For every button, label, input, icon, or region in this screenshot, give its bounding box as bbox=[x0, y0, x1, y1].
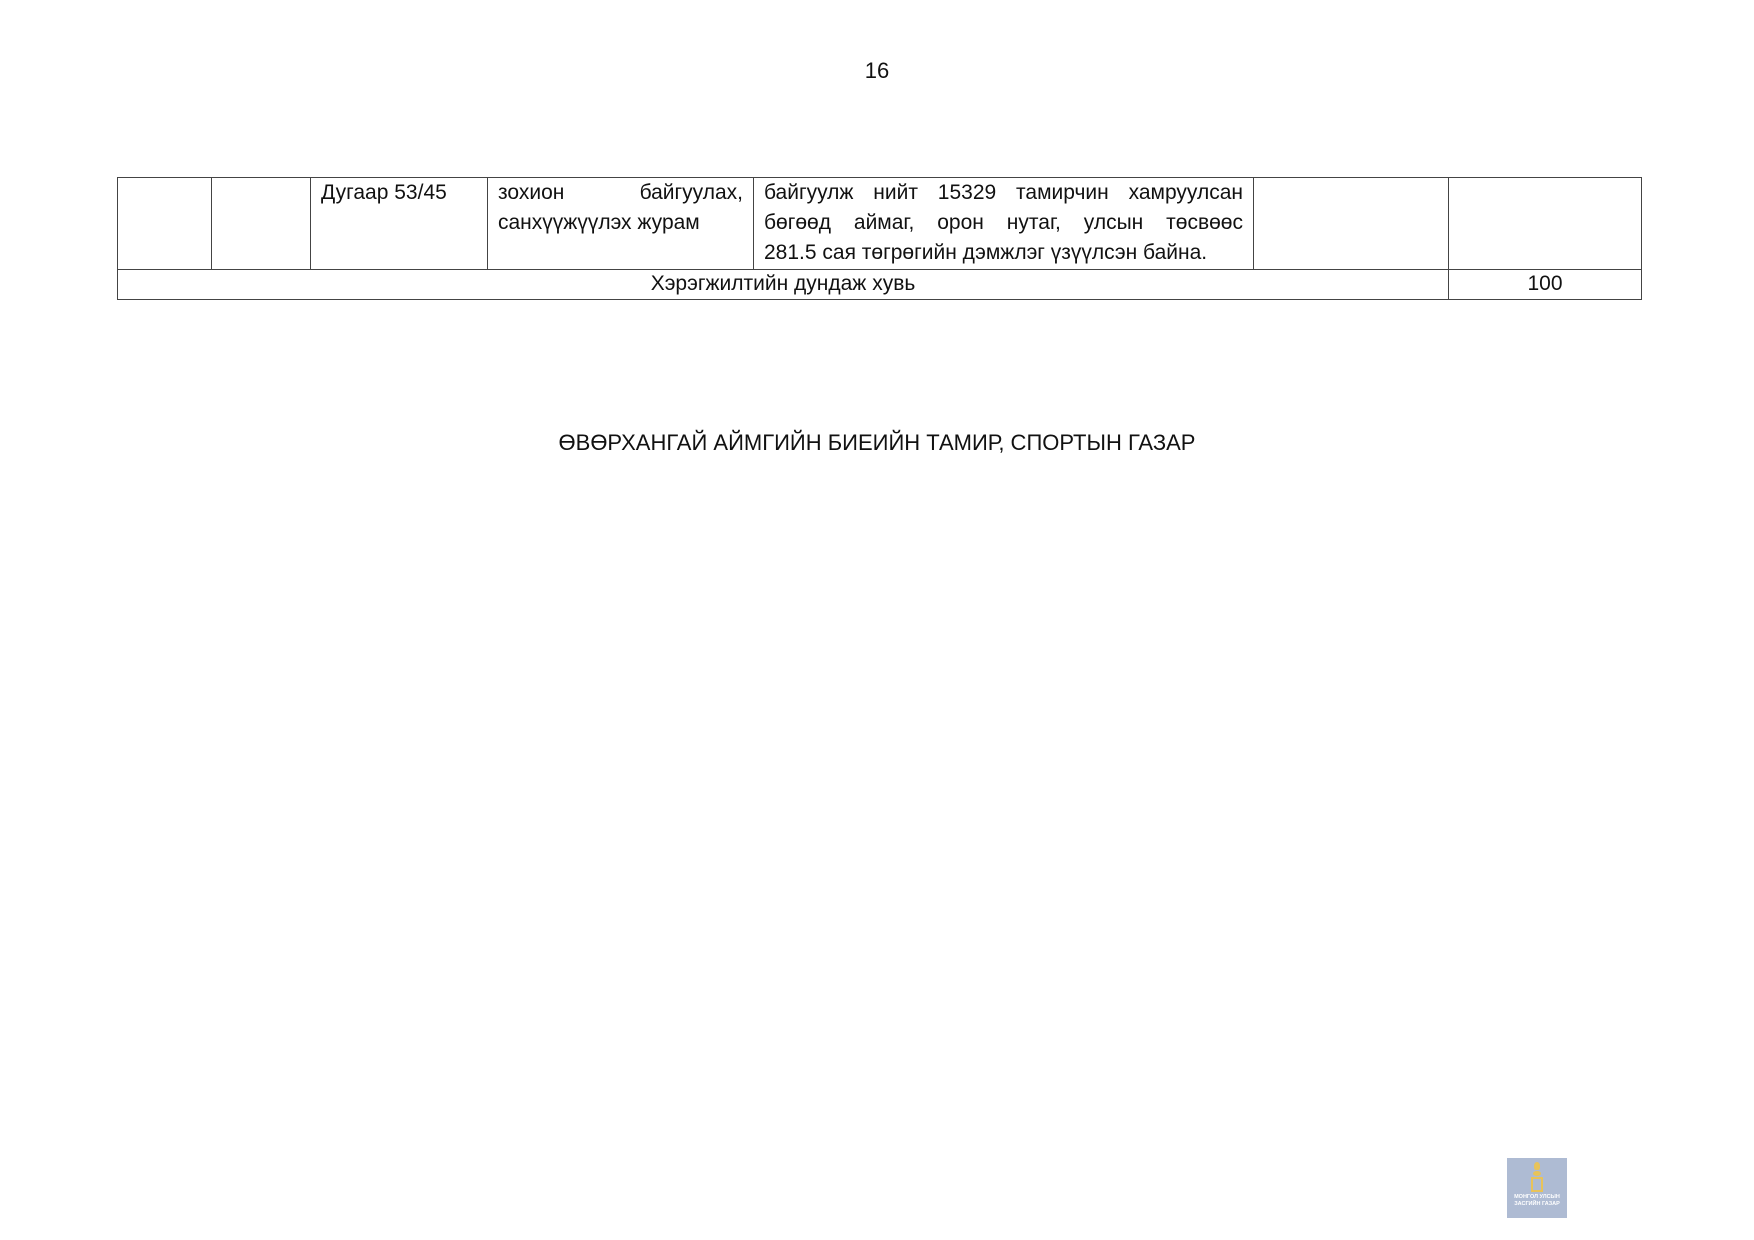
soyombo-emblem-icon bbox=[1530, 1162, 1544, 1192]
section-heading: ӨВӨРХАНГАЙ АЙМГИЙН БИЕИЙН ТАМИР, СПОРТЫН… bbox=[0, 430, 1754, 456]
summary-value: 100 bbox=[1449, 270, 1642, 300]
table-cell-note bbox=[1254, 178, 1449, 270]
table-row: Дугаар 53/45 зохион байгуулах, санхүүжүү… bbox=[118, 178, 1642, 270]
implementation-table: Дугаар 53/45 зохион байгуулах, санхүүжүү… bbox=[117, 177, 1642, 300]
table-cell-document-number: Дугаар 53/45 bbox=[311, 178, 488, 270]
table-cell-percent bbox=[1449, 178, 1642, 270]
government-logo: МОНГОЛ УЛСЫН ЗАСГИЙН ГАЗАР bbox=[1507, 1158, 1567, 1218]
result-line: 281.5 сая төгрөгийн дэмжлэг үзүүлсэн бай… bbox=[764, 238, 1243, 268]
table-cell-number bbox=[118, 178, 212, 270]
measure-line: зохион байгуулах, bbox=[498, 178, 743, 208]
result-line: байгуулж нийт 15329 тамирчин хамруулсан bbox=[764, 178, 1243, 208]
table-cell-goal bbox=[212, 178, 311, 270]
summary-label: Хэрэгжилтийн дундаж хувь bbox=[118, 270, 1449, 300]
result-line: бөгөөд аймаг, орон нутаг, улсын төсвөөс bbox=[764, 208, 1243, 238]
table-cell-result: байгуулж нийт 15329 тамирчин хамруулсан … bbox=[754, 178, 1254, 270]
summary-row: Хэрэгжилтийн дундаж хувь 100 bbox=[118, 270, 1642, 300]
page-number: 16 bbox=[0, 58, 1754, 84]
table-cell-measure: зохион байгуулах, санхүүжүүлэх журам bbox=[488, 178, 754, 270]
logo-caption: МОНГОЛ УЛСЫН ЗАСГИЙН ГАЗАР bbox=[1514, 1194, 1560, 1208]
measure-line: санхүүжүүлэх журам bbox=[498, 208, 743, 238]
